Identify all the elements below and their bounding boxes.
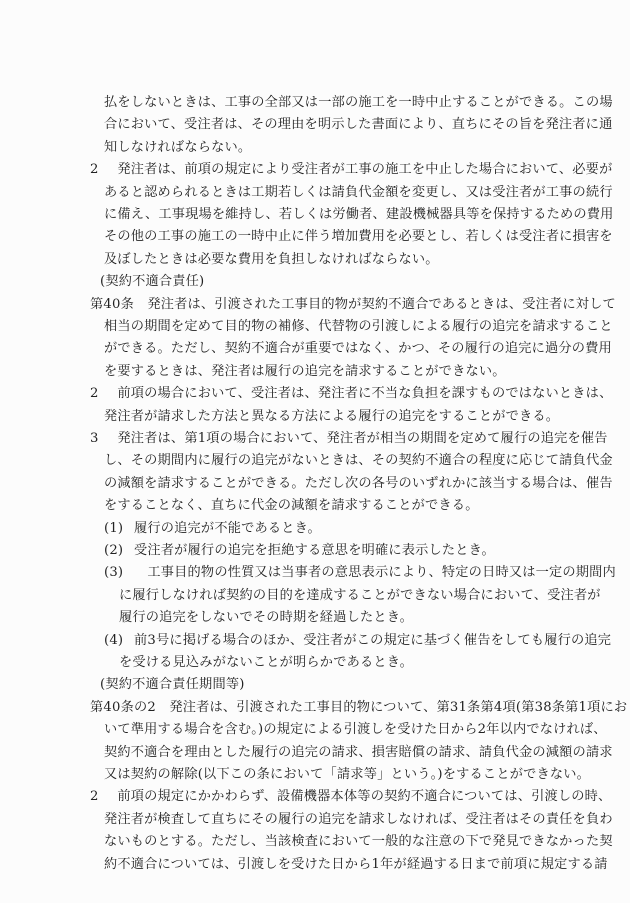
paragraph-text: 前項の場合において、受注者は、発注者に不当な負担を課すものではないときは、 [104,386,612,401]
text-line: 及ぼしたときは必要な費用を負担しなければならない。 [104,249,439,271]
item-text: 履行の追完が不能であるとき。 [134,521,321,536]
paragraph-text: 前項の規定にかかわらず、設備機器本体等の契約不適合については、引渡しの時、 [104,789,611,804]
text-line: 履行の追完をしないでその時期を経過したとき。 [119,607,413,629]
text-line: 又は契約の解除(以下この条において「請求等」という。)をすることができない。 [104,764,590,786]
item-line: (2)受注者が履行の追完を拒絶する意思を明確に表示したとき。 [104,540,495,562]
paragraph-line: 2 前項の規定にかかわらず、設備機器本体等の契約不適合については、引渡しの時、 [90,786,611,808]
article-line: 第40条の2 発注者は、引渡された工事目的物について、第31条第4項(第38条第… [90,697,627,719]
text-line: いて準用する場合を含む。)の規定による引渡しを受けた日から2年以内でなければ、 [104,719,607,741]
item-text: 受注者が履行の追完を拒絶する意思を明確に表示したとき。 [134,543,495,558]
text-line: し、その期間内に履行の追完がないときは、その契約不適合の程度に応じて請負代金 [104,450,613,472]
item-number: (1) [104,518,134,540]
article-number: 第40条の2 [90,697,156,719]
text-line: を要するときは、発注者は履行の追完を請求することができない。 [104,361,506,383]
article-text: 発注者は、引渡された工事目的物が契約不適合であるときは、受注者に対して [134,297,616,312]
text-line: ないものとする。ただし、当該検査において一般的な注意の下で発見できなかった契 [104,831,613,853]
text-line: 払をしないときは、工事の全部又は一部の施工を一時中止することができる。この場 [104,92,613,114]
text-line: 発注者が検査して直ちにその履行の追完を請求しなければ、受注者はその責任を負わ [104,809,613,831]
text-line: 約不適合については、引渡しを受けた日から1年が経過する日まで前項に規定する請 [104,854,608,876]
paragraph-text: 発注者は、第1項の場合において、発注者が相当の期間を定めて履行の追完を催告 [104,431,608,446]
article-line: 第40条 発注者は、引渡された工事目的物が契約不適合であるときは、受注者に対して [90,294,616,316]
item-number: (3) [104,562,134,584]
item-line: (1)履行の追完が不能であるとき。 [104,518,321,540]
item-text: 前3号に掲げる場合のほか、受注者がこの規定に基づく催告をしても履行の追完 [134,633,611,648]
text-line: を受ける見込みがないことが明らかであるとき。 [119,652,413,674]
text-line: をすることなく、直ちに代金の減額を請求することができる。 [104,495,479,517]
text-line: 合において、受注者は、その理由を明示した書面により、直ちにその旨を発注者に通 [104,114,612,136]
text-line: 知しなければならない。 [104,137,251,159]
text-line: に履行しなければ契約の目的を達成することができない場合において、受注者が [119,585,601,607]
text-line: 発注者が請求した方法と異なる方法による履行の追完をすることができる。 [104,406,559,428]
text-line: 相当の期間を定めて目的物の補修、代替物の引渡しによる履行の追完を請求すること [104,316,613,338]
item-line: (4)前3号に掲げる場合のほか、受注者がこの規定に基づく催告をしても履行の追完 [104,630,611,652]
paragraph-number: 2 [90,159,104,181]
text-line: に備え、工事現場を維持し、若しくは労働者、建設機械器具等を保持するための費用 [104,204,614,226]
paragraph-line: 3 発注者は、第1項の場合において、発注者が相当の期間を定めて履行の追完を催告 [90,428,608,450]
item-text: 工事目的物の性質又は当事者の意思表示により、特定の日時又は一定の期間内 [134,565,616,580]
text-line: の減額を請求することができる。ただし次の各号のいずれかに該当する場合は、催告 [104,473,613,495]
text-line: あると認められるときは工期若しくは請負代金額を変更し、又は受注者が工事の続行 [104,182,613,204]
item-number: (4) [104,630,134,652]
paragraph-number: 2 [90,786,104,808]
paragraph-number: 2 [90,383,104,405]
text-line: その他の工事の施工の一時中止に伴う増加費用を必要とし、若しくは受注者に損害を [104,226,613,248]
paragraph-line: 2 発注者は、前項の規定により受注者が工事の施工を中止した場合において、必要が [90,159,612,181]
paragraph-number: 3 [90,428,104,450]
section-heading: (契約不適合責任期間等) [100,674,245,696]
text-line: 契約不適合を理由とした履行の追完の請求、損害賠償の請求、請負代金の減額の請求 [104,742,613,764]
section-heading: (契約不適合責任) [100,271,204,293]
item-number: (2) [104,540,134,562]
article-text: 発注者は、引渡された工事目的物について、第31条第4項(第38条第1項にお [156,700,627,715]
paragraph-text: 発注者は、前項の規定により受注者が工事の施工を中止した場合において、必要が [104,162,612,177]
article-number: 第40条 [90,294,134,316]
paragraph-line: 2 前項の場合において、受注者は、発注者に不当な負担を課すものではないときは、 [90,383,612,405]
item-line: (3) 工事目的物の性質又は当事者の意思表示により、特定の日時又は一定の期間内 [104,562,616,584]
text-line: ができる。ただし、契約不適合が重要ではなく、かつ、その履行の追完に過分の費用 [104,338,612,360]
